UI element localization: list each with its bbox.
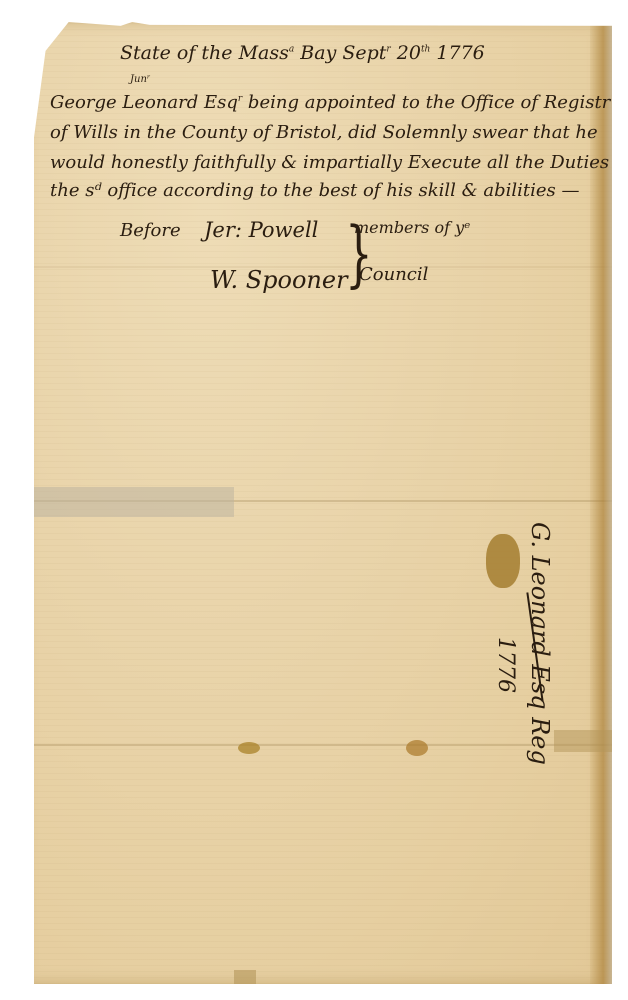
members-label: members of yᵉ bbox=[354, 218, 470, 237]
text: th bbox=[421, 45, 430, 55]
docket-endorsement: G. Leonard Esq Reg bbox=[526, 522, 554, 765]
text: Bay Sept bbox=[294, 42, 386, 64]
repair-tape bbox=[554, 730, 612, 752]
before-label: Before bbox=[120, 220, 181, 241]
text: George Leonard Esq bbox=[50, 92, 238, 113]
council-label: Council bbox=[359, 264, 428, 285]
text: 1776 bbox=[430, 42, 484, 64]
ink-stain bbox=[486, 534, 520, 588]
docket-year: 1776 bbox=[493, 637, 518, 693]
manuscript-page: State of the Massa Bay Septr 20th 1776 J… bbox=[34, 22, 612, 984]
heading-line: State of the Massa Bay Septr 20th 1776 bbox=[120, 42, 485, 64]
body-line: George Leonard Esqr being appointed to t… bbox=[50, 92, 610, 113]
body-line: would honestly faithfully & impartially … bbox=[50, 152, 628, 173]
signature-spooner: W. Spooner bbox=[210, 266, 348, 294]
repair-tape bbox=[234, 970, 256, 984]
text: State of the Mass bbox=[120, 42, 289, 64]
text: being appointed to the Office of Registr bbox=[242, 92, 610, 113]
ink-stain bbox=[406, 740, 428, 756]
body-line: the sᵈ office according to the best of h… bbox=[50, 180, 580, 201]
repair-tape bbox=[34, 487, 234, 517]
signature-powell: Jer: Powell bbox=[204, 218, 318, 242]
interlinear-insert: Junʳ bbox=[130, 74, 150, 85]
text: 20 bbox=[391, 42, 421, 64]
body-line: of Wills in the County of Bristol, did S… bbox=[50, 122, 598, 143]
ink-stain bbox=[238, 742, 260, 754]
